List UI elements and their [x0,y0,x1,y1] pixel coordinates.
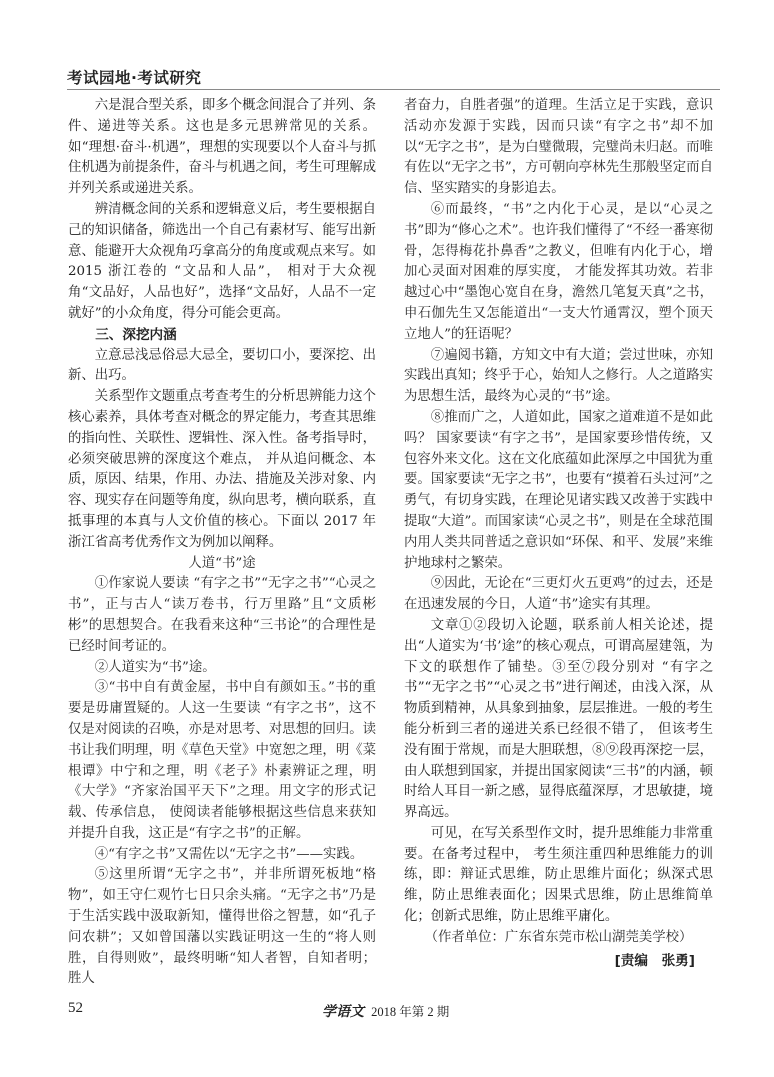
body-paragraph: 关系型作文题重点考查考生的分析思辨能力这个核心素养，具体考查对概念的界定能力，考… [68,387,376,553]
essay-paragraph: ⑦遍阅书籍，方知文中有大道；尝过世味，亦知实践出真知；终乎于心，始知人之修行。人… [404,346,713,408]
body-paragraph: 辨清概念间的关系和逻辑意义后，考生要根据自己的知识储备，筛选出一个自己有素材写、… [68,200,376,325]
left-column: 六是混合型关系，即多个概念间混合了并列、条件、递进等关系。这也是多元思辨常见的关… [68,96,376,990]
analysis-paragraph: 文章①②段切入论题，联系前人相关论述，提出“人道实为‘书’途”的核心观点，可谓高… [404,616,713,824]
journal-issue: 2018 年第 2 期 [371,1005,449,1019]
essay-paragraph: ⑧推而广之，人道如此，国家之道难道不是如此吗？ 国家要读“有字之书”，是国家要珍… [404,408,713,574]
analysis-paragraph: 可见，在写关系型作文时，提升思维能力非常重要。在备考过程中， 考生须注重四种思维… [404,824,713,928]
page-number: 52 [68,1000,83,1017]
body-paragraph: 六是混合型关系，即多个概念间混合了并列、条件、递进等关系。这也是多元思辨常见的关… [68,96,376,200]
section-header: 考试园地·考试研究 [67,66,201,88]
essay-paragraph: ⑤这里所谓“无字之书”，并非所谓死板地“格物”，如王守仁观竹七日只余头痛。“无字… [68,865,376,990]
section-heading: 三、深挖内涵 [68,325,376,346]
essay-paragraph: ②人道实为“书”途。 [68,658,376,679]
header-divider [67,89,720,90]
editor-credit: [责编 张勇] [404,951,713,972]
essay-paragraph: ⑨因此，无论在“三更灯火五更鸡”的过去，还是在迅速发展的今日，人道“书”途实有其… [404,574,713,616]
essay-paragraph: ①作家说人要读 “有字之书”“无字之书”“心灵之书”，正与古人“读万卷书，行万里… [68,574,376,657]
essay-paragraph: ⑥而最终，“书”之内化于心灵，是以“心灵之书”即为“修心之术”。也许我们懂得了“… [404,200,713,346]
essay-paragraph: ③“书中自有黄金屋，书中自有颜如玉。”书的重要是毋庸置疑的。人这一生要读 “有字… [68,678,376,844]
author-affiliation: （作者单位：广东省东莞市松山湖莞美学校） [404,928,713,949]
essay-paragraph-continued: 者奋力，自胜者强”的道理。生活立足于实践，意识活动亦发源于实践，因而只读“有字之… [404,96,713,200]
right-column: 者奋力，自胜者强”的道理。生活立足于实践，意识活动亦发源于实践，因而只读“有字之… [404,96,713,971]
essay-paragraph: ④“有字之书”又需佐以“无字之书”——实践。 [68,845,376,866]
journal-name: 学语文 [322,1004,364,1020]
journal-footer: 学语文 2018 年第 2 期 [322,1001,449,1021]
essay-title: 人道“书”途 [68,554,376,575]
body-paragraph: 立意忌浅忌俗忌大忌全，要切口小，要深挖、出新、出巧。 [68,346,376,388]
